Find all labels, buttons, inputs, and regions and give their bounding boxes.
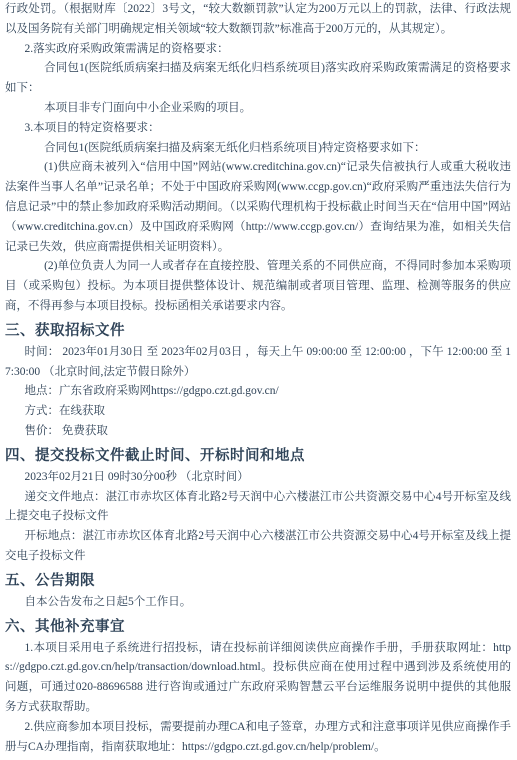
supplementary-item-2: 2.供应商参加本项目投标，需要提前办理CA和电子签章，办理方式和注意事项详见供应…: [5, 718, 511, 758]
clause-2-policy-requirements: 2.落实政府采购政策需满足的资格要求：: [5, 40, 511, 60]
bid-deadline-time: 2023年02月21日 09时30分00秒 （北京时间）: [5, 468, 511, 488]
announcement-period-text: 自本公告发布之日起5个工作日。: [5, 593, 511, 613]
submission-location: 递交文件地点：湛江市赤坎区体育北路2号天润中心六楼湛江市公共资源交易中心4号开标…: [5, 488, 511, 528]
obtain-location: 地点：广东省政府采购网https://gdgpo.czt.gd.gov.cn/: [5, 382, 511, 402]
credit-china-requirement: (1)供应商未被列入“信用中国”网站(www.creditchina.gov.c…: [5, 158, 511, 257]
supplementary-item-1: 1.本项目采用电子系统进行招投标，请在投标前详细阅读供应商操作手册，手册获取网址…: [5, 639, 511, 718]
same-responsible-person-rule: (2)单位负责人为同一人或者存在直接控股、管理关系的不同供应商，不得同时参加本采…: [5, 257, 511, 316]
obtain-method: 方式：在线获取: [5, 402, 511, 422]
contract-package-specific-requirements: 合同包1(医院纸质病案扫描及病案无纸化归档系统项目)特定资格要求如下：: [5, 139, 511, 159]
obtain-price: 售价： 免费获取: [5, 422, 511, 442]
document-page: 行政处罚。（根据财库〔2022〕3号文，“较大数额罚款”认定为200万元以上的罚…: [0, 0, 517, 760]
section-heading-announcement-period: 五、公告期限: [5, 571, 511, 591]
opening-location: 开标地点：湛江市赤坎区体育北路2号天润中心六楼湛江市公共资源交易中心4号开标室及…: [5, 527, 511, 567]
section-heading-obtain-tender-documents: 三、获取招标文件: [5, 321, 511, 341]
penalty-clause-continuation: 行政处罚。（根据财库〔2022〕3号文，“较大数额罚款”认定为200万元以上的罚…: [5, 0, 511, 40]
obtain-time: 时间： 2023年01月30日 至 2023年02月03日 ，每天上午 09:0…: [5, 343, 511, 383]
sme-procurement-note: 本项目非专门面向中小企业采购的项目。: [5, 99, 511, 119]
section-heading-deadline-and-opening: 四、提交投标文件截止时间、开标时间和地点: [5, 446, 511, 466]
section-heading-supplementary-matters: 六、其他补充事宜: [5, 617, 511, 637]
contract-package-policy-requirements: 合同包1(医院纸质病案扫描及病案无纸化归档系统项目)落实政府采购政策需满足的资格…: [5, 59, 511, 99]
clause-3-specific-requirements: 3.本项目的特定资格要求：: [5, 119, 511, 139]
